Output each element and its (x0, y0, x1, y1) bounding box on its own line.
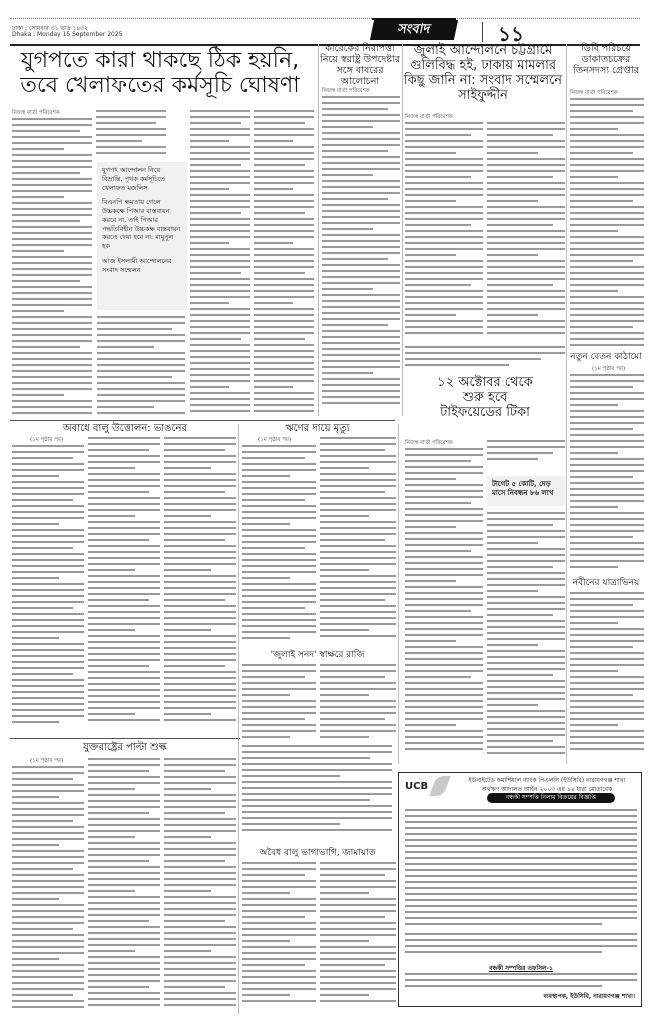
sand-jump: (১ম পৃষ্ঠার পর) (30, 437, 63, 445)
july-charter-headline: 'জুলাই সনদ' স্বাক্ষরে রাজি (240, 650, 395, 660)
column-rule (318, 44, 319, 416)
security-body (322, 96, 400, 416)
illegal-sand-headline: অবৈধ বালু ভাগাভাগি, জামায়াত (240, 848, 395, 858)
robbery-headline: ডিবি পরিচয়ে ডাকাতচক্রের তিনসদস্য গ্রেপ্… (568, 44, 644, 77)
masthead: ঢাকা : সোমবার ৩১ ভাদ্র ১৪৩২ Dhaka : Mond… (10, 18, 640, 46)
typhoid-headline-line2: শুরু হবে (405, 391, 565, 406)
ad-body (405, 809, 637, 929)
july-byline: নিজস্ব বার্তা পরিবেশক (405, 114, 453, 122)
nabin-headline: নবীনের যাত্রাভিনয় (568, 578, 644, 588)
usa-body-col2 (88, 758, 160, 1011)
debt-headline: ঋণের দায়ে মৃত্যু (240, 423, 395, 435)
typhoid-body-col2-top (487, 440, 565, 470)
ucb-logo: UCB (405, 781, 428, 792)
usa-body-col3 (164, 758, 236, 1011)
ad-badge: বন্ধকী সম্পত্তি নিলাম বিক্রয়ের বিজ্ঞপ্ত… (487, 793, 615, 803)
nabin-body (570, 592, 644, 758)
typhoid-body-col1 (405, 448, 483, 758)
salary-body (570, 374, 644, 574)
lead-body-col2-top (96, 110, 166, 160)
security-byline: নিজস্ব বার্তা পরিবেশক (322, 88, 370, 96)
lead-body-col3 (190, 110, 250, 416)
robbery-body (570, 98, 644, 348)
july-body-tail (405, 346, 565, 372)
lead-byline: নিজস্ব বার্তা পরিবেশক (12, 110, 60, 118)
robbery-byline: নিজস্ব বার্তা পরিবেশক (570, 90, 618, 98)
column-rule (238, 424, 239, 1014)
debt-body-col1 (242, 445, 316, 645)
lead-headline: যুগপতে কারা থাকছে ঠিক হয়নি, তবে খেলাফতে… (10, 48, 310, 99)
section-rule (10, 420, 395, 421)
ad-schedule-body (405, 973, 637, 993)
typhoid-body-col2 (487, 512, 565, 758)
july-charter-body-col2 (320, 664, 396, 744)
usa-body-col1 (12, 766, 84, 1011)
lead-body-col1 (12, 118, 92, 418)
debt-body-col2 (320, 437, 396, 645)
typhoid-byline: নিজস্ব বার্তা পরিবেশক (405, 440, 453, 448)
column-rule (566, 44, 567, 764)
july-body-col1 (405, 122, 483, 342)
debt-jump: (১ম পৃষ্ঠার পর) (258, 437, 291, 445)
usa-rule (10, 738, 240, 739)
column-rule (402, 44, 403, 416)
ad-body-2 (405, 933, 637, 961)
security-headline: কারেকের নিরাপত্তা নিয়ে স্বরাষ্ট্র উপদেষ… (320, 44, 400, 88)
salary-jump: (১ম পৃষ্ঠার পর) (592, 366, 625, 374)
pull-quote-3: আজ ইসলামী আন্দোলনের সংবাদ সম্মেলন (102, 257, 182, 275)
lead-body-col2-bottom (97, 316, 185, 416)
ad-signature: ব্যবস্থাপক, ইউসিবি, নারায়ণগঞ্জ শাখা। (544, 991, 635, 1002)
july-body-col2 (487, 122, 565, 342)
lead-headline-line1: যুগপতে কারা থাকছে ঠিক হয়নি, (10, 48, 310, 73)
lead-body-col4 (254, 110, 314, 416)
ucb-logo-icon (429, 776, 450, 796)
newspaper-logo: সংবাদ (370, 20, 458, 40)
column-rule (398, 424, 399, 764)
pull-quote-2: বিএনপি ক্ষমতায় গেলে উচ্চকক্ষে পিআর বাস্… (102, 198, 182, 251)
dotted-rule (10, 18, 640, 19)
typhoid-headline-line3: টাইফয়েডের টিকা (405, 406, 565, 421)
july-charter-tail (242, 745, 392, 845)
pull-quote-1: যুগপৎ আন্দোলন নিয়ে বিভ্রান্তি, পৃথক কর্… (102, 166, 182, 192)
ucb-auction-advertisement: UCB ইউনাইটেড কমার্শিয়াল ব্যাংক পিএলসি (… (398, 772, 642, 1007)
divider (482, 22, 483, 42)
sand-body-col3 (164, 437, 236, 730)
lead-headline-line2: তবে খেলাফতের কর্মসূচি ঘোষণা (10, 73, 310, 98)
illegal-sand-body-col2 (320, 862, 396, 1012)
july-charter-body-col1 (242, 664, 316, 744)
typhoid-headline-line1: ১২ অক্টোবর থেকে (405, 376, 565, 391)
illegal-sand-body-col1 (242, 862, 316, 1012)
typhoid-headline: ১২ অক্টোবর থেকে শুরু হবে টাইফয়েডের টিকা (405, 376, 565, 421)
sand-body-col2 (88, 437, 160, 730)
date-english: Dhaka : Monday 15 September 2025 (12, 31, 122, 38)
salary-headline: নতুন বেতন কাঠামো (568, 352, 644, 362)
typhoid-pull-quote: টাগেট ৫ কোটি, দেড় মাসে নিবন্ধন ৮৬ লাখ (487, 476, 565, 506)
sand-headline: অবাধে বালু উত্তোলন: ভাঙনের (10, 423, 240, 435)
lead-pull-quote: যুগপৎ আন্দোলন নিয়ে বিভ্রান্তি, পৃথক কর্… (97, 162, 187, 310)
usa-jump: (১ম পৃষ্ঠার পর) (30, 758, 63, 766)
july-headline: জুলাই আন্দোলনে চট্টগ্রামে গুলিবিদ্ধ হই, … (403, 44, 563, 104)
sand-body-col1 (12, 445, 84, 730)
usa-headline: যুক্তরাষ্ট্রের পাল্টা শুল্ক (10, 742, 240, 754)
